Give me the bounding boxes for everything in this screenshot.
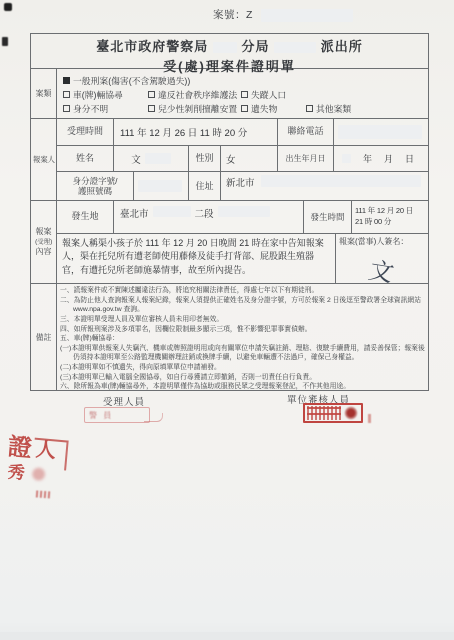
case-type-row: 車(牌)輛協尋 違反社會秩序維護法 失蹤人口 xyxy=(63,87,428,101)
reporter-signature: 文 xyxy=(366,250,399,288)
checkbox-checked-icon xyxy=(63,77,70,84)
redaction-box xyxy=(138,180,182,192)
checkbox-icon xyxy=(306,105,313,112)
narrative-text: 報案人稱渠小孩子於 111 年 12 月 20 日晚間 21 時在家中告知報案人… xyxy=(57,234,335,283)
case-number-value: Z xyxy=(246,9,253,21)
reviewer-stamp-text-illegible xyxy=(307,406,341,420)
case-number-line: 案號：Z xyxy=(213,7,353,22)
remark-note: 二、為防止他人查詢報案人報案紀錄，報案人須提供正確姓名及身分證字號，方可於報案 … xyxy=(60,296,425,315)
remark-note: 四、如所報刑案涉及多項罪名，因欄位限制最多顯示三項，惟不影響犯罪事實偵辦。 xyxy=(60,325,425,335)
handler-label: 受理人員 xyxy=(103,394,145,408)
redaction-box xyxy=(218,206,270,217)
branch-suffix: 分局 xyxy=(241,39,269,54)
location-value: 臺北市 二段 xyxy=(114,201,304,233)
checkbox-icon xyxy=(241,105,248,112)
redaction-box xyxy=(153,206,191,217)
checkbox-icon xyxy=(148,105,155,112)
case-type-option: 一般刑案(傷害(不含駕駛過失)) xyxy=(63,74,190,87)
witness-stamp-char: 證 xyxy=(7,435,33,461)
agency-name: 臺北市政府警察局 xyxy=(96,39,208,54)
occur-time-value: 111 年 12 月 20 日 21 時 00 分 xyxy=(352,201,428,233)
scan-edge-strip xyxy=(0,632,454,640)
form-title-line1: 臺北市政府警察局 分局 派出所 xyxy=(31,36,428,55)
case-type-option: 其他案類 xyxy=(306,102,351,115)
redaction-box xyxy=(338,125,422,139)
remark-note: (一)本證明單供報案人失竊汽、機車或牌照證明用或向有關單位申請失竊註銷、理賠、復… xyxy=(60,344,425,363)
witness-stamp-char: 秀 xyxy=(7,463,25,481)
case-type-options: 一般刑案(傷害(不含駕駛過失)) 車(牌)輛協尋 違反社會秩序維護法 失蹤人口 … xyxy=(57,69,428,118)
checkbox-icon xyxy=(241,91,248,98)
contact-phone-value xyxy=(334,119,428,145)
name-value: 文 xyxy=(114,146,189,172)
gender-label: 性別 xyxy=(189,146,221,172)
reporter-grid: 受理時間 111 年 12 月 26 日 11 時 20 分 聯絡電話 姓名 文… xyxy=(57,119,428,200)
accept-time-value: 111 年 12 月 26 日 11 時 20 分 xyxy=(114,119,278,145)
remark-note: (三)本證明單已輸入電腦全國協尋，如自行尋獲請立即撤銷，否則一切責任自行負責。 xyxy=(60,373,425,383)
redaction-box xyxy=(342,154,351,163)
reporter-row-time: 受理時間 111 年 12 月 26 日 11 時 20 分 聯絡電話 xyxy=(57,119,428,146)
address-label: 住址 xyxy=(189,172,221,200)
name-label: 姓名 xyxy=(57,146,114,172)
redaction-box xyxy=(213,42,237,53)
id-number-label: 身分證字號/ 護照號碼 xyxy=(57,172,134,200)
reporter-row-id-address: 身分證字號/ 護照號碼 住址 新北市 xyxy=(57,172,428,200)
reporter-section: 報案人 受理時間 111 年 12 月 26 日 11 時 20 分 聯絡電話 … xyxy=(31,118,428,200)
reviewer-stamp xyxy=(303,403,363,423)
scan-artifact xyxy=(2,37,8,46)
form-header: 臺北市政府警察局 分局 派出所 受(處)理案件證明單 xyxy=(31,34,428,68)
case-type-section-label: 案類 xyxy=(31,69,57,118)
gender-value: 女 xyxy=(221,146,278,172)
checkbox-icon xyxy=(63,105,70,112)
report-form-table: 臺北市政府警察局 分局 派出所 受(處)理案件證明單 案類 一般刑案(傷害(不含… xyxy=(30,33,429,391)
remark-note: 三、本證明單受理人員及單位審核人員未用印者無效。 xyxy=(60,315,425,325)
birth-value: 年 月 日 xyxy=(334,146,428,172)
location-label: 發生地 xyxy=(57,201,114,233)
remark-note: 一、謊報案件或不實陳述屬違法行為，將追究相關法律責任，得處七年以下有期徒刑。 xyxy=(60,286,425,296)
narrative-row: 報案人稱渠小孩子於 111 年 12 月 20 日晚間 21 時在家中告知報案人… xyxy=(57,234,428,283)
case-type-option: 遺失物 xyxy=(241,102,306,115)
report-content-section-label: 報案 (受理) 內容 xyxy=(31,201,57,283)
id-number-value xyxy=(134,172,189,200)
checkbox-icon xyxy=(63,91,70,98)
occur-time-label: 發生時間 xyxy=(304,201,352,233)
scanned-police-report-form: 案號：Z 臺北市政府警察局 分局 派出所 受(處)理案件證明單 案類 一般刑案(… xyxy=(0,0,454,640)
address-value: 新北市 xyxy=(221,172,428,200)
report-content-grid: 發生地 臺北市 二段 發生時間 111 年 12 月 20 日 21 時 00 … xyxy=(57,201,428,283)
contact-phone-label: 聯絡電話 xyxy=(278,119,334,145)
reviewer-stamp-signature-mark xyxy=(344,406,358,420)
remarks-section: 備註 一、謊報案件或不實陳述屬違法行為，將追究相關法律責任，得處七年以下有期徒刑… xyxy=(31,283,428,390)
checkbox-icon xyxy=(148,91,155,98)
case-type-option: 身分不明 xyxy=(63,102,148,115)
handler-stamp-text: 警 員 xyxy=(89,410,113,421)
signature-label: 報案(當事)人簽名： xyxy=(339,236,425,247)
accept-time-label: 受理時間 xyxy=(57,119,114,145)
case-type-option: 兒少性剝削擅離安置 xyxy=(148,102,241,115)
reporter-row-identity: 姓名 文 性別 女 出生年月日 年 月 日 xyxy=(57,146,428,173)
redaction-box xyxy=(261,9,353,22)
occurrence-row: 發生地 臺北市 二段 發生時間 111 年 12 月 20 日 21 時 00 … xyxy=(57,201,428,234)
case-type-option: 車(牌)輛協尋 xyxy=(63,88,148,101)
report-content-section: 報案 (受理) 內容 發生地 臺北市 二段 發生時間 111 年 12 月 20… xyxy=(31,200,428,283)
case-type-option: 失蹤人口 xyxy=(241,88,286,101)
remark-note: 五、車(牌)輛協尋： xyxy=(60,334,425,344)
remark-note: (二)本證明單如不慎遺失，得向原填單單位申請補發。 xyxy=(60,363,425,373)
remark-note: 六、除所報為車(牌)輛協尋外，本證明單僅作為協助或服務民眾之受理報案登記，不作其… xyxy=(60,382,425,392)
case-type-row: 一般刑案(傷害(不含駕駛過失)) xyxy=(63,73,428,87)
redaction-box xyxy=(145,153,171,164)
redaction-box xyxy=(274,42,316,53)
remarks-notes: 一、謊報案件或不實陳述屬違法行為，將追究相關法律責任，得處七年以下有期徒刑。二、… xyxy=(57,284,428,390)
case-type-section: 案類 一般刑案(傷害(不含駕駛過失)) 車(牌)輛協尋 違反社會秩序維護法 失蹤… xyxy=(31,68,428,118)
case-type-row: 身分不明 兒少性剝削擅離安置 遺失物 其他案類 xyxy=(63,101,428,115)
case-type-option: 違反社會秩序維護法 xyxy=(148,88,241,101)
witness-stamp-faint-mark xyxy=(30,465,47,482)
signature-cell: 報案(當事)人簽名： 文 xyxy=(335,234,428,283)
redaction-box xyxy=(261,175,421,187)
birth-label: 出生年月日 xyxy=(278,146,334,172)
handler-stamp: 警 員 xyxy=(84,407,150,423)
remarks-section-label: 備註 xyxy=(31,284,57,390)
reporter-section-label: 報案人 xyxy=(31,119,57,200)
scan-artifact xyxy=(4,3,12,11)
stamp-fragment xyxy=(36,490,52,498)
case-number-label: 案號： xyxy=(213,9,246,21)
station-suffix: 派出所 xyxy=(321,39,363,54)
